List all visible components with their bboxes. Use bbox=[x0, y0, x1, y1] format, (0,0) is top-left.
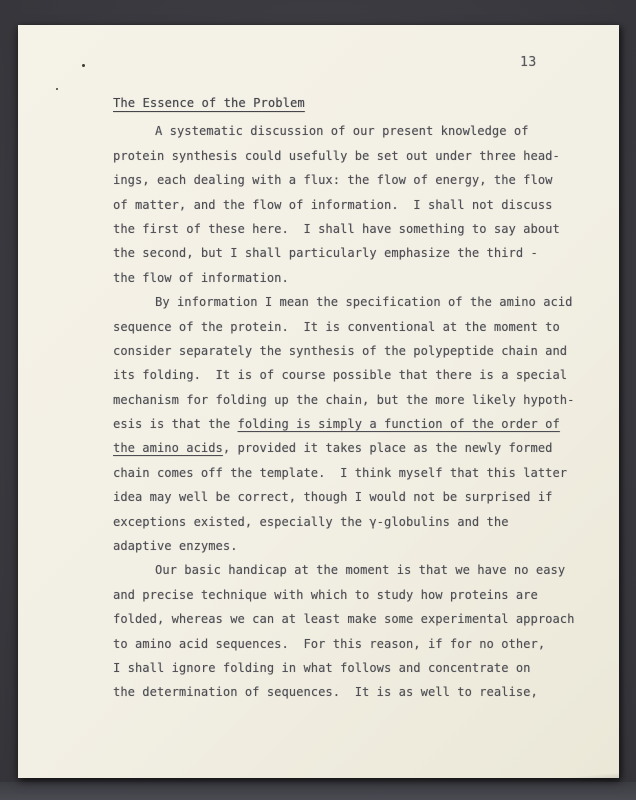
manuscript-page: 13 The Essence of the Problem A systemat… bbox=[18, 25, 619, 778]
text-line: and precise technique with which to stud… bbox=[113, 583, 583, 607]
backdrop-bottom-band bbox=[0, 782, 636, 800]
text-line: adaptive enzymes. bbox=[113, 534, 583, 558]
text-segment: esis is that the bbox=[113, 417, 238, 431]
paragraph-2-lines-after: chain comes off the template. I think my… bbox=[113, 461, 583, 559]
text-line: the second, but I shall particularly emp… bbox=[113, 241, 583, 265]
paper-speck bbox=[82, 64, 85, 67]
text-line: consider separately the synthesis of the… bbox=[113, 339, 583, 363]
text-line: exceptions existed, especially the γ-glo… bbox=[113, 510, 583, 534]
underlined-phrase: the amino acids bbox=[113, 441, 223, 455]
text-line: the flow of information. bbox=[113, 266, 583, 290]
text-line: Our basic handicap at the moment is that… bbox=[113, 558, 583, 582]
text-line-underlined-1: esis is that the folding is simply a fun… bbox=[113, 412, 583, 436]
underlined-phrase: folding is simply a function of the orde… bbox=[238, 417, 560, 431]
text-line: the determination of sequences. It is as… bbox=[113, 680, 583, 704]
text-line: folded, whereas we can at least make som… bbox=[113, 607, 583, 631]
paragraph-2: By information I mean the specification … bbox=[113, 290, 583, 558]
typewritten-text-block: The Essence of the Problem A systematic … bbox=[113, 91, 583, 705]
text-line: A systematic discussion of our present k… bbox=[113, 119, 583, 143]
text-line: sequence of the protein. It is conventio… bbox=[113, 315, 583, 339]
text-line: its folding. It is of course possible th… bbox=[113, 363, 583, 387]
paragraph-2-lines-before: By information I mean the specification … bbox=[113, 290, 583, 412]
text-line: of matter, and the flow of information. … bbox=[113, 193, 583, 217]
text-line: protein synthesis could usefully be set … bbox=[113, 144, 583, 168]
text-line-underlined-2: the amino acids, provided it takes place… bbox=[113, 436, 583, 460]
page-number: 13 bbox=[520, 51, 537, 75]
photo-background: { "document": { "page_number": "13", "he… bbox=[0, 0, 636, 800]
paragraph-1: A systematic discussion of our present k… bbox=[113, 119, 583, 290]
text-line: the first of these here. I shall have so… bbox=[113, 217, 583, 241]
paragraph-3: Our basic handicap at the moment is that… bbox=[113, 558, 583, 704]
text-segment: , provided it takes place as the newly f… bbox=[223, 441, 553, 455]
paper-speck bbox=[56, 88, 58, 90]
text-line: to amino acid sequences. For this reason… bbox=[113, 632, 583, 656]
text-line: By information I mean the specification … bbox=[113, 290, 583, 314]
text-line: ings, each dealing with a flux: the flow… bbox=[113, 168, 583, 192]
text-line: I shall ignore folding in what follows a… bbox=[113, 656, 583, 680]
text-line: idea may well be correct, though I would… bbox=[113, 485, 583, 509]
text-line: mechanism for folding up the chain, but … bbox=[113, 388, 583, 412]
section-heading: The Essence of the Problem bbox=[113, 91, 583, 115]
text-line: chain comes off the template. I think my… bbox=[113, 461, 583, 485]
